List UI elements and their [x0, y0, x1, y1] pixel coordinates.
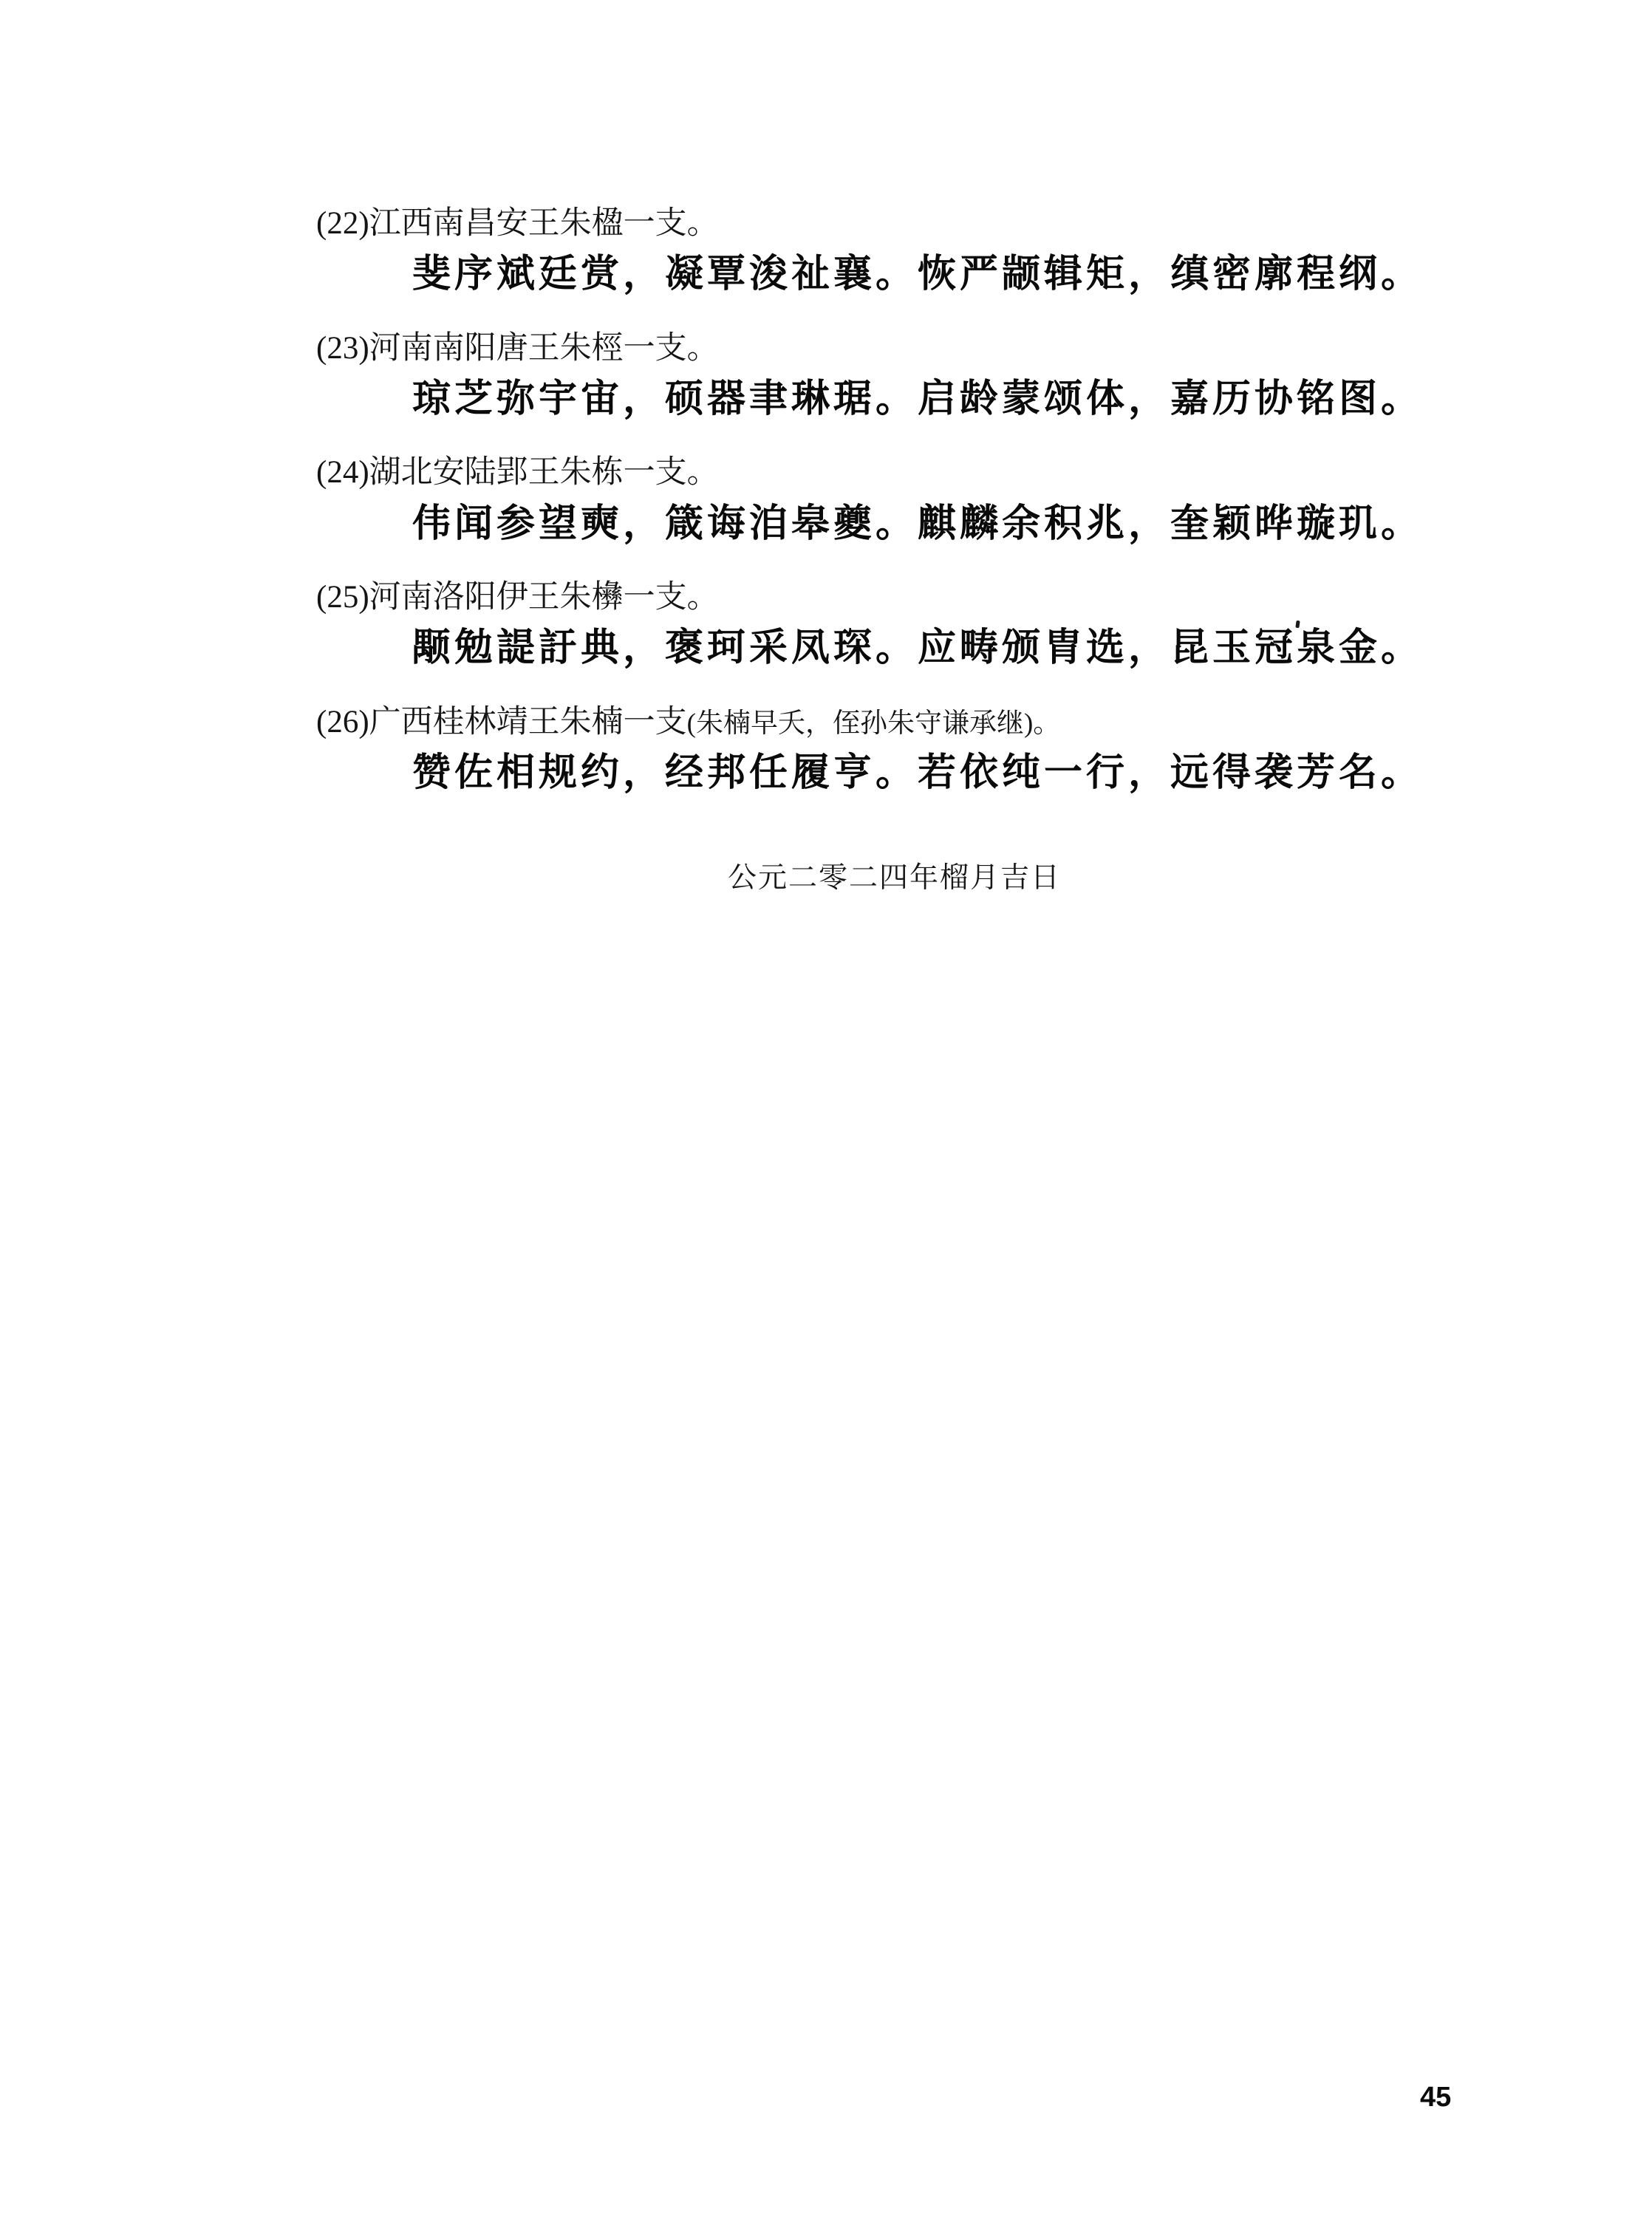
entry-22: (22)江西南昌安王朱楹一支。 斐序斌廷赏，凝覃浚祉襄。恢严颛辑矩，缜密廓程纲。 — [316, 205, 1469, 296]
poem-line: 颙勉諟訏典，褒珂采凤琛。应畴颁胄选，昆玉冠泉金。 — [412, 627, 1469, 669]
date-line: 公元二零二四年榴月吉日 — [728, 855, 1469, 896]
entry-heading: (23)河南南阳唐王朱桱一支。 — [316, 330, 1469, 366]
document-page: (22)江西南昌安王朱楹一支。 斐序斌廷赏，凝覃浚祉襄。恢严颛辑矩，缜密廓程纲。… — [0, 0, 1652, 2228]
entry-heading-text: (22)江西南昌安王朱楹一支。 — [316, 206, 719, 241]
page-number: 45 — [1420, 2082, 1451, 2113]
entry-heading-text: (25)河南洛阳伊王朱㰘一支。 — [316, 580, 719, 615]
entry-24: (24)湖北安陆郢王朱栋一支。 伟闻参望奭，箴诲洎皋夔。麒麟余积兆，奎颖晔璇玑。 — [316, 454, 1469, 545]
poem-line: 伟闻参望奭，箴诲洎皋夔。麒麟余积兆，奎颖晔璇玑。 — [412, 503, 1469, 545]
entry-heading-text: (23)河南南阳唐王朱桱一支。 — [316, 331, 719, 366]
entry-heading: (22)江西南昌安王朱楹一支。 — [316, 205, 1469, 242]
entry-26: (26)广西桂林靖王朱楠一支(朱楠早夭，侄孙朱守谦承继)。 赞佐相规约，经邦任履… — [316, 704, 1469, 795]
poem-line: 赞佐相规约，经邦任履亨。若依纯一行，远得袭芳名。 — [412, 752, 1469, 794]
entry-heading: (24)湖北安陆郢王朱栋一支。 — [316, 454, 1469, 491]
entry-23: (23)河南南阳唐王朱桱一支。 琼芝弥宇宙，硕器聿琳琚。启龄蒙颂体，嘉历协铭图。 — [316, 330, 1469, 421]
entry-heading: (25)河南洛阳伊王朱㰘一支。 — [316, 579, 1469, 615]
entry-heading-text: (24)湖北安陆郢王朱栋一支。 — [316, 455, 719, 490]
poem-line: 琼芝弥宇宙，硕器聿琳琚。启龄蒙颂体，嘉历协铭图。 — [412, 378, 1469, 420]
entry-heading: (26)广西桂林靖王朱楠一支(朱楠早夭，侄孙朱守谦承继)。 — [316, 704, 1469, 740]
entry-heading-text: (26)广西桂林靖王朱楠一支 — [316, 705, 687, 739]
poem-line: 斐序斌廷赏，凝覃浚祉襄。恢严颛辑矩，缜密廓程纲。 — [412, 253, 1469, 295]
document-content: (22)江西南昌安王朱楹一支。 斐序斌廷赏，凝覃浚祉襄。恢严颛辑矩，缜密廓程纲。… — [316, 205, 1469, 896]
entry-heading-paren: (朱楠早夭，侄孙朱守谦承继)。 — [687, 708, 1061, 739]
